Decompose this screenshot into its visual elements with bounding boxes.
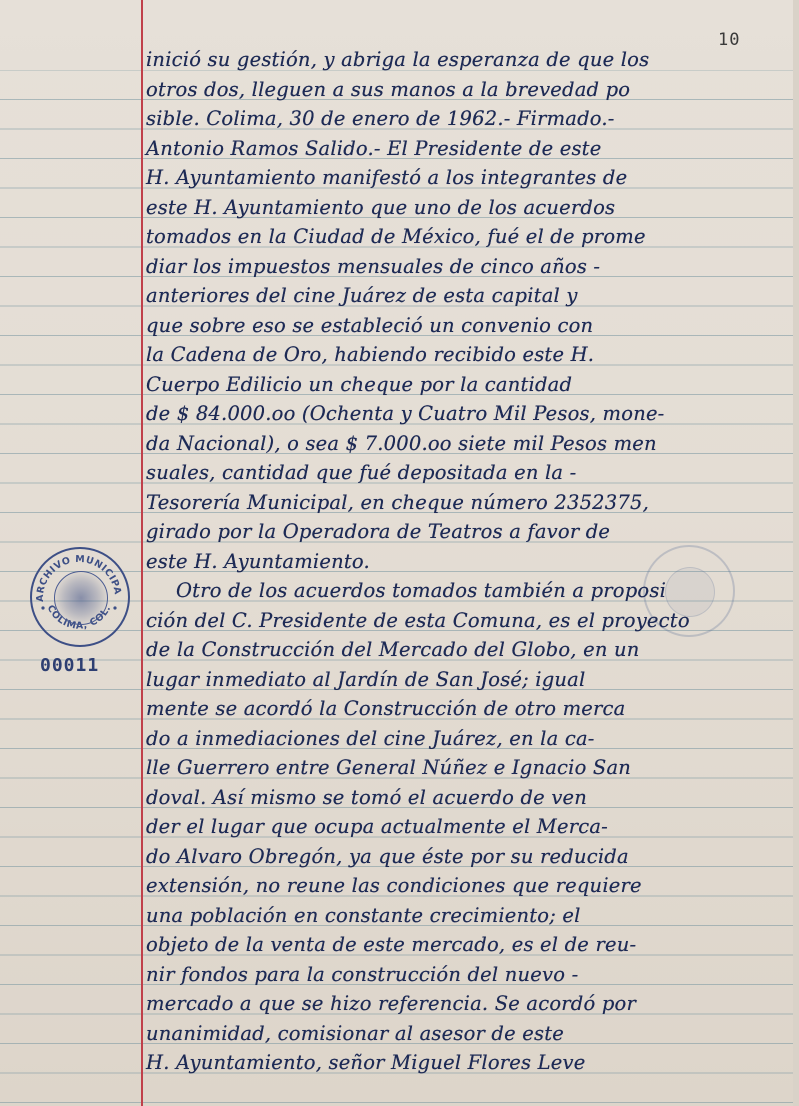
- archivo-municipal-stamp: ARCHIVO MUNICIPAL COLIMA, COL.: [30, 547, 130, 647]
- text-line: mercado a que se hizo referencia. Se aco…: [146, 989, 776, 1019]
- text-line: Cuerpo Edilicio un cheque por la cantida…: [146, 370, 776, 400]
- text-line: de la Construcción del Mercado del Globo…: [146, 635, 776, 665]
- text-line: da Nacional), o sea $ 7.000.oo siete mil…: [146, 429, 776, 459]
- text-line: lugar inmediato al Jardín de San José; i…: [146, 665, 776, 695]
- text-line: ción del C. Presidente de esta Comuna, e…: [146, 606, 776, 636]
- text-line: sible. Colima, 30 de enero de 1962.- Fir…: [146, 104, 776, 134]
- handwritten-text-block: inició su gestión, y abriga la esperanza…: [146, 45, 776, 1078]
- text-line: de $ 84.000.oo (Ochenta y Cuatro Mil Pes…: [146, 399, 776, 429]
- text-line: objeto de la venta de este mercado, es e…: [146, 930, 776, 960]
- text-line: tomados en la Ciudad de México, fué el d…: [146, 222, 776, 252]
- text-line: la Cadena de Oro, habiendo recibido este…: [146, 340, 776, 370]
- red-margin-line: [141, 0, 143, 1106]
- text-line: este H. Ayuntamiento.: [146, 547, 776, 577]
- text-line: H. Ayuntamiento, señor Miguel Flores Lev…: [146, 1048, 776, 1078]
- ledger-page: 10 inició su gestión, y abriga la espera…: [0, 0, 793, 1106]
- text-line: otros dos, lleguen a sus manos a la brev…: [146, 75, 776, 105]
- text-line: doval. Así mismo se tomó el acuerdo de v…: [146, 783, 776, 813]
- text-line: girado por la Operadora de Teatros a fav…: [146, 517, 776, 547]
- text-line: Antonio Ramos Salido.- El Presidente de …: [146, 134, 776, 164]
- text-line: Otro de los acuerdos tomados también a p…: [146, 576, 776, 606]
- text-line: una población en constante crecimiento; …: [146, 901, 776, 931]
- text-line: Tesorería Municipal, en cheque número 23…: [146, 488, 776, 518]
- text-line: der el lugar que ocupa actualmente el Me…: [146, 812, 776, 842]
- text-line: diar los impuestos mensuales de cinco añ…: [146, 252, 776, 282]
- folio-number: 00011: [40, 655, 99, 676]
- text-line: unanimidad, comisionar al asesor de este: [146, 1019, 776, 1049]
- text-line: H. Ayuntamiento manifestó a los integran…: [146, 163, 776, 193]
- text-line: do Alvaro Obregón, ya que éste por su re…: [146, 842, 776, 872]
- text-line: que sobre eso se estableció un convenio …: [146, 311, 776, 341]
- text-line: anteriores del cine Juárez de esta capit…: [146, 281, 776, 311]
- text-line: lle Guerrero entre General Núñez e Ignac…: [146, 753, 776, 783]
- stamp-seal-emblem: [54, 571, 108, 625]
- text-line: inició su gestión, y abriga la esperanza…: [146, 45, 776, 75]
- text-line: este H. Ayuntamiento que uno de los acue…: [146, 193, 776, 223]
- text-line: mente se acordó la Construcción de otro …: [146, 694, 776, 724]
- text-line: do a inmediaciones del cine Juárez, en l…: [146, 724, 776, 754]
- text-line: suales, cantidad que fué depositada en l…: [146, 458, 776, 488]
- text-line: nir fondos para la construcción del nuev…: [146, 960, 776, 990]
- text-line: extensión, no reune las condiciones que …: [146, 871, 776, 901]
